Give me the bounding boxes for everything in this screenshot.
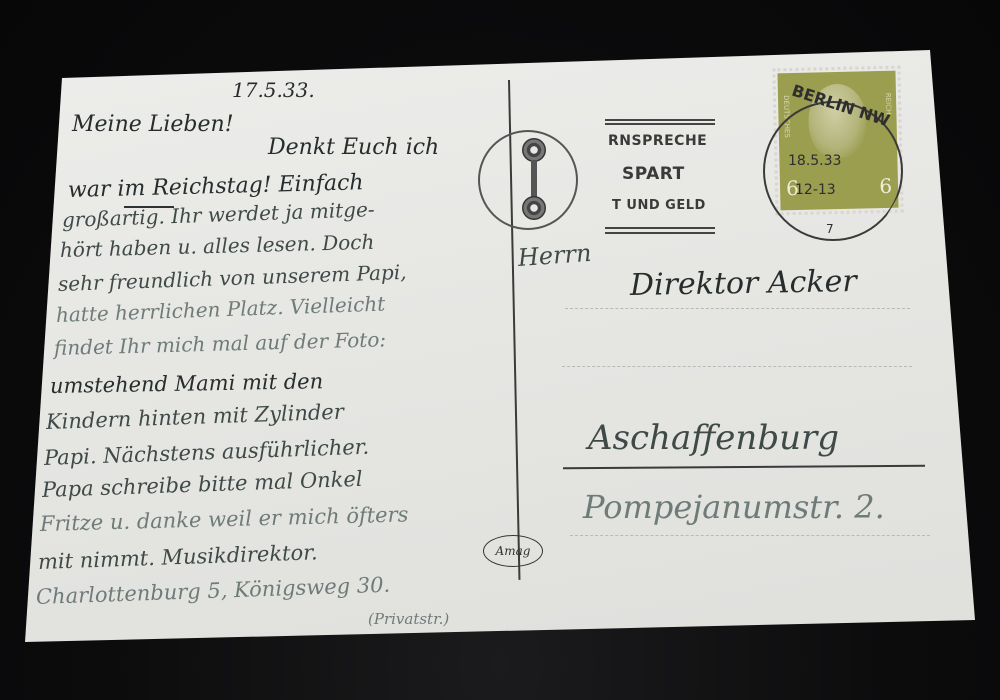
telephone-earpiece-icon [522, 138, 546, 162]
address-salutation: Herrn [517, 239, 592, 272]
address-city: Aschaffenburg [588, 418, 839, 458]
slogan-line-3: T UND GELD [612, 198, 706, 213]
cancel-bar [605, 123, 715, 125]
telephone-handle-icon [531, 160, 537, 200]
message-line: (Privatstr.) [368, 610, 449, 628]
address-name: Direktor Acker [630, 264, 857, 303]
telephone-mouthpiece-icon [522, 196, 546, 220]
address-street: Pompejanumstr. 2. [583, 488, 885, 526]
postmark-office: 7 [826, 222, 834, 236]
cancel-bar [605, 227, 715, 229]
postmark-date: 18.5.33 [788, 153, 841, 169]
slogan-line-2: SPART [622, 164, 685, 184]
address-line [570, 535, 930, 536]
postmark-time: 12-13 [795, 182, 836, 198]
slogan-line-1: RNSPRECHE [608, 133, 707, 149]
cancel-bar [605, 119, 715, 121]
message-line: umstehend Mami mit den [50, 369, 324, 398]
message-line: Denkt Euch ich [268, 135, 439, 160]
message-line: Meine Lieben! [72, 112, 234, 137]
address-line [565, 308, 910, 309]
publisher-mark: Amag [483, 535, 543, 567]
address-line [562, 366, 912, 367]
cancel-bar [605, 232, 715, 234]
message-date: 17.5.33. [232, 78, 315, 102]
